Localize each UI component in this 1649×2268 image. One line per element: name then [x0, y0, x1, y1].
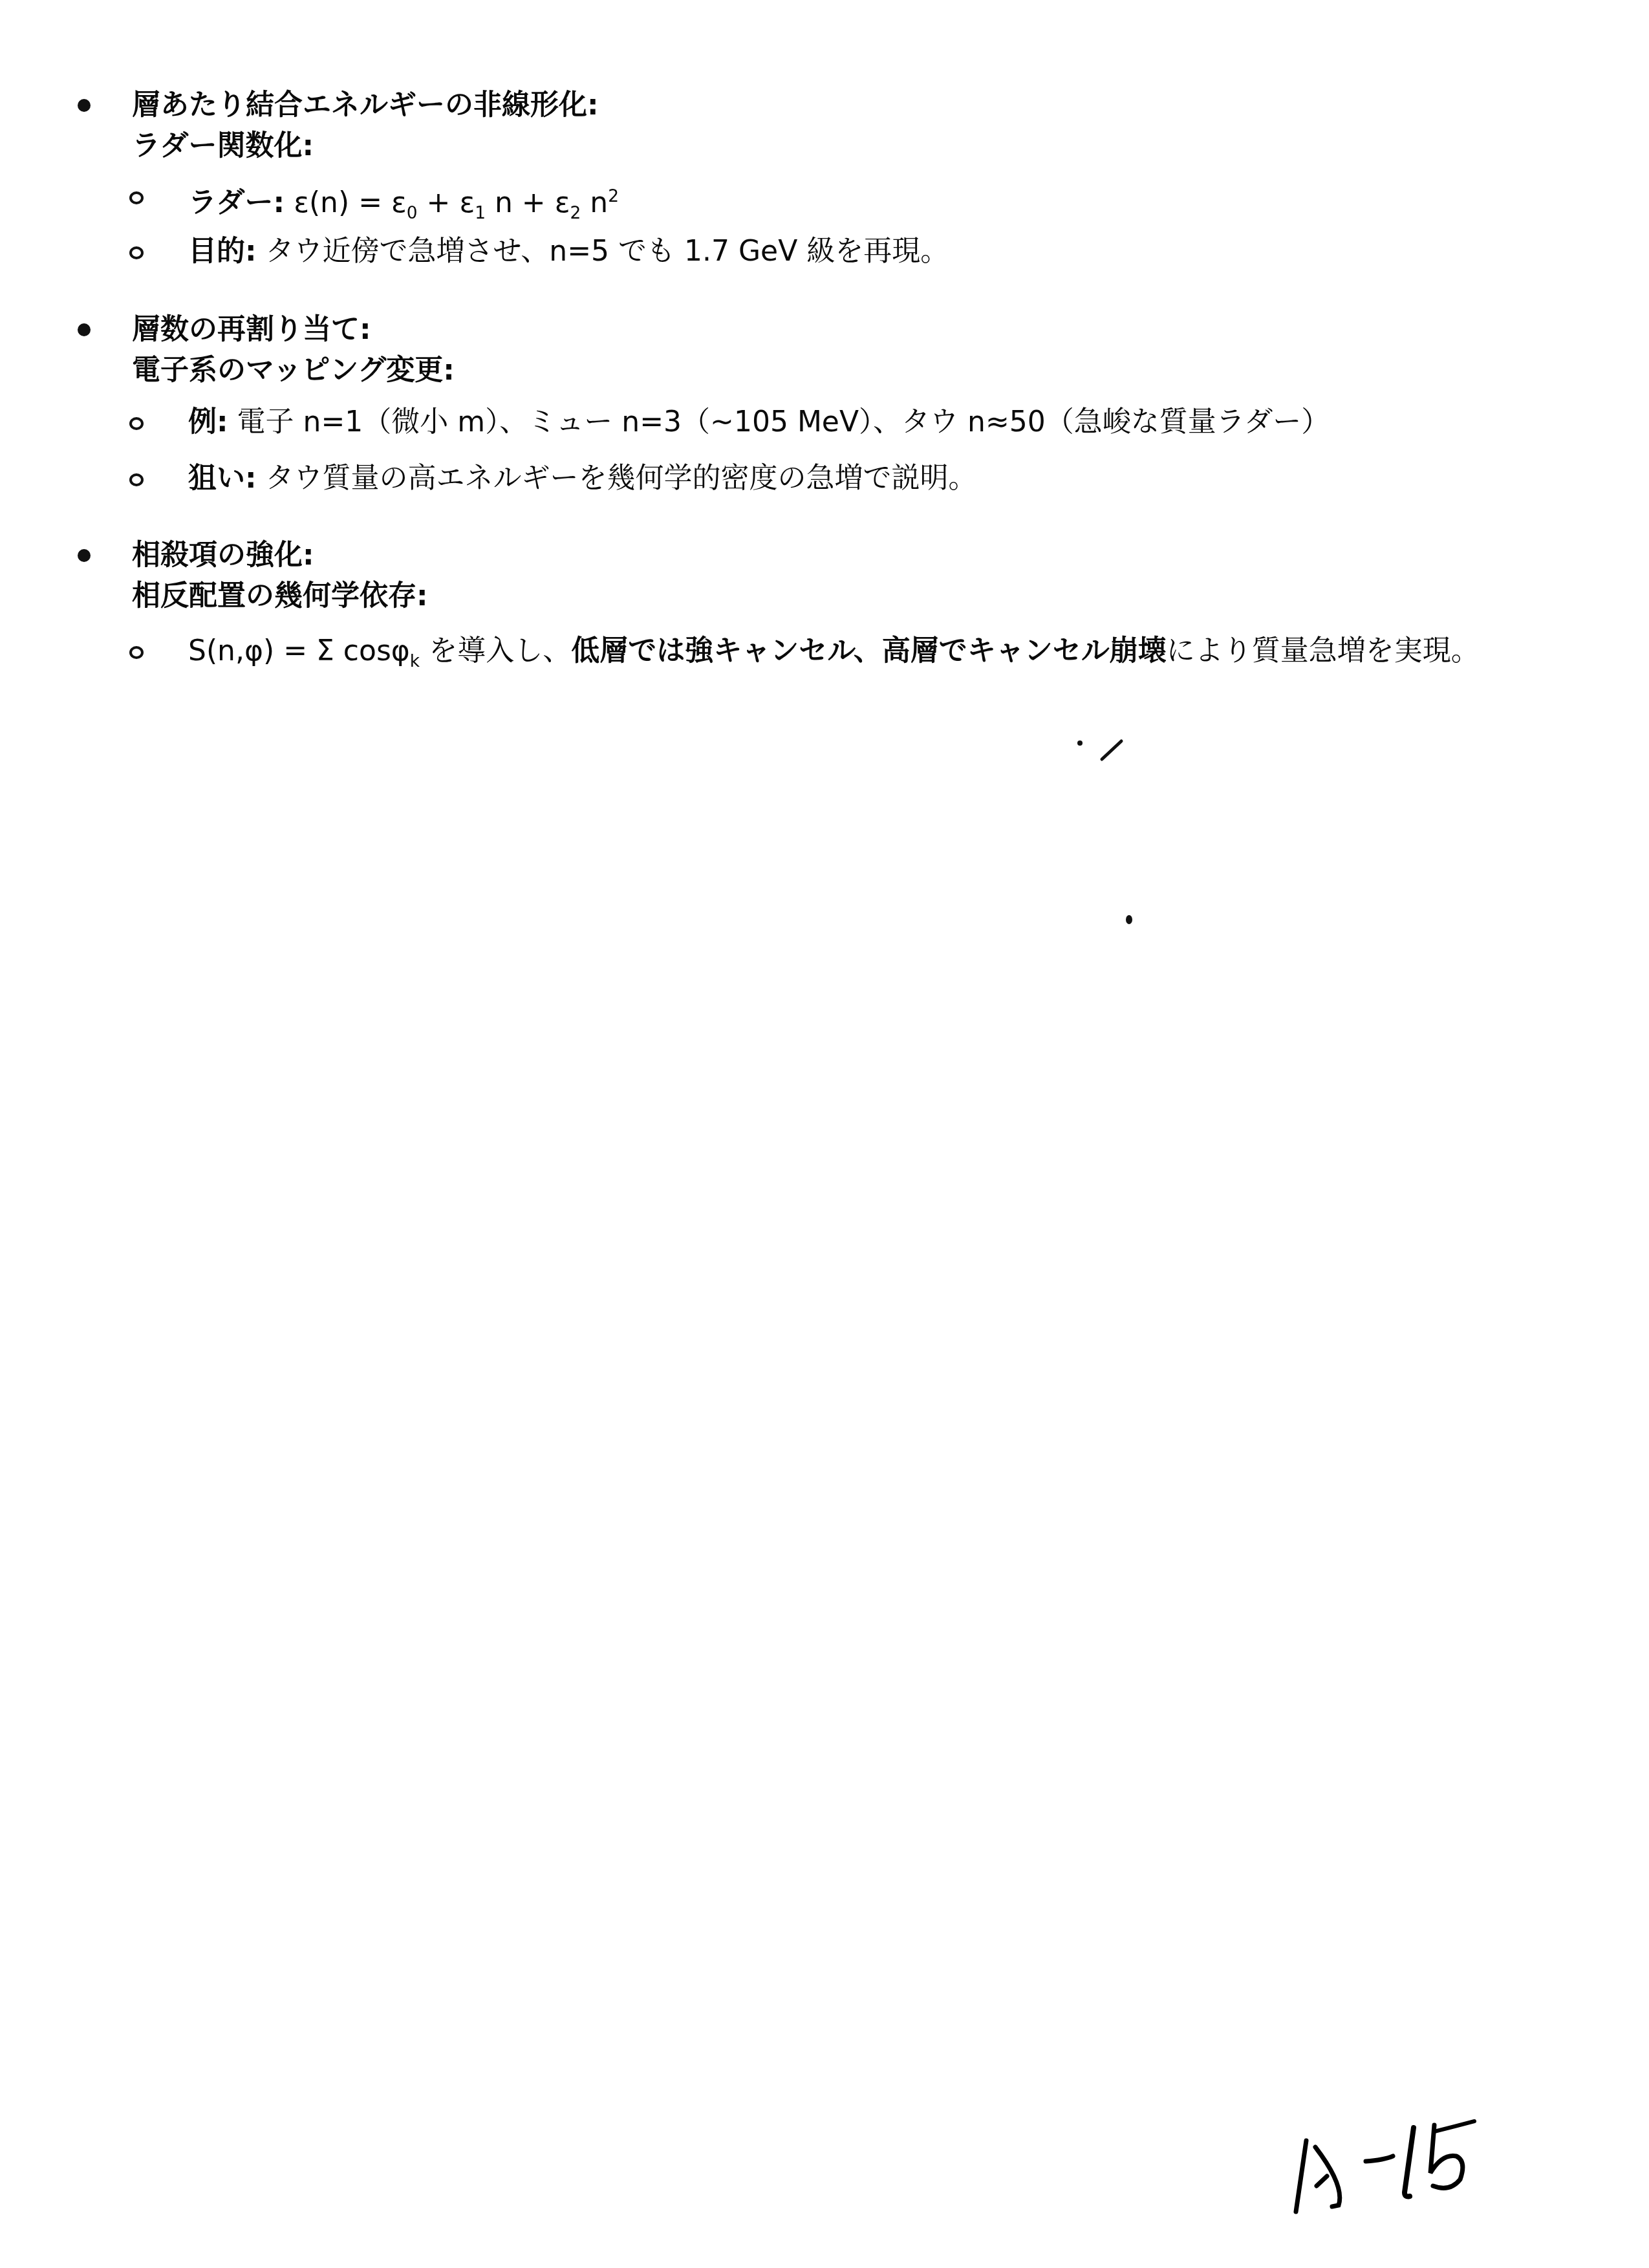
item-emphasis: 低層では強キャンセル、高層でキャンセル崩壊 — [571, 634, 1166, 667]
list-item: 狙い: タウ質量の高エネルギーを幾何学的密度の急増で説明。 — [188, 459, 977, 498]
item-label: 目的: — [188, 235, 257, 268]
scan-speck — [1126, 915, 1132, 924]
scan-speck — [1077, 740, 1083, 746]
section-title: 層数の再割り当て: — [132, 310, 371, 349]
scan-stroke — [1099, 737, 1125, 763]
item-text: タウ質量の高エネルギーを幾何学的密度の急増で説明。 — [266, 462, 977, 495]
bullet-icon — [78, 99, 91, 112]
list-item: ラダー: ε(n) = ε0 + ε1 n + ε2 n2 — [188, 177, 619, 232]
bullet-icon — [78, 323, 91, 336]
item-text: により質量急増を実現。 — [1167, 634, 1480, 667]
section-subtitle: 電子系のマッピング変更: — [132, 351, 455, 390]
item-label: 狙い: — [188, 462, 257, 495]
handwritten-page-mark — [1287, 2115, 1494, 2225]
list-item: S(n,φ) = Σ cosφk を導入し、低層では強キャンセル、高層でキャンセ… — [188, 632, 1480, 681]
section-title: 層あたり結合エネルギーの非線形化: — [132, 86, 599, 125]
formula: ε(n) = ε0 + ε1 n + ε2 n2 — [294, 186, 619, 219]
item-text: を導入し、 — [420, 634, 571, 667]
formula: S(n,φ) = Σ cosφk — [188, 634, 420, 667]
bullet-icon — [78, 549, 91, 562]
sub-bullet-icon — [129, 246, 144, 259]
sub-bullet-icon — [129, 417, 144, 430]
item-text: 電子 n=1（微小 m）、ミュー n=3（~105 MeV）、タウ n≈50（急… — [237, 405, 1330, 438]
sub-bullet-icon — [129, 646, 144, 659]
section-subtitle: 相反配置の幾何学依存: — [132, 577, 428, 616]
item-label: ラダー: — [188, 186, 285, 219]
sub-bullet-icon — [129, 473, 144, 486]
section-subtitle: ラダー関数化: — [132, 127, 314, 166]
list-item: 目的: タウ近傍で急増させ、n=5 でも 1.7 GeV 級を再現。 — [188, 232, 949, 271]
list-item: 例: 電子 n=1（微小 m）、ミュー n=3（~105 MeV）、タウ n≈5… — [188, 403, 1330, 442]
item-label: 例: — [188, 405, 228, 438]
item-text: タウ近傍で急増させ、n=5 でも 1.7 GeV 級を再現。 — [266, 235, 949, 268]
sub-bullet-icon — [129, 191, 144, 204]
section-title: 相殺項の強化: — [132, 536, 314, 575]
